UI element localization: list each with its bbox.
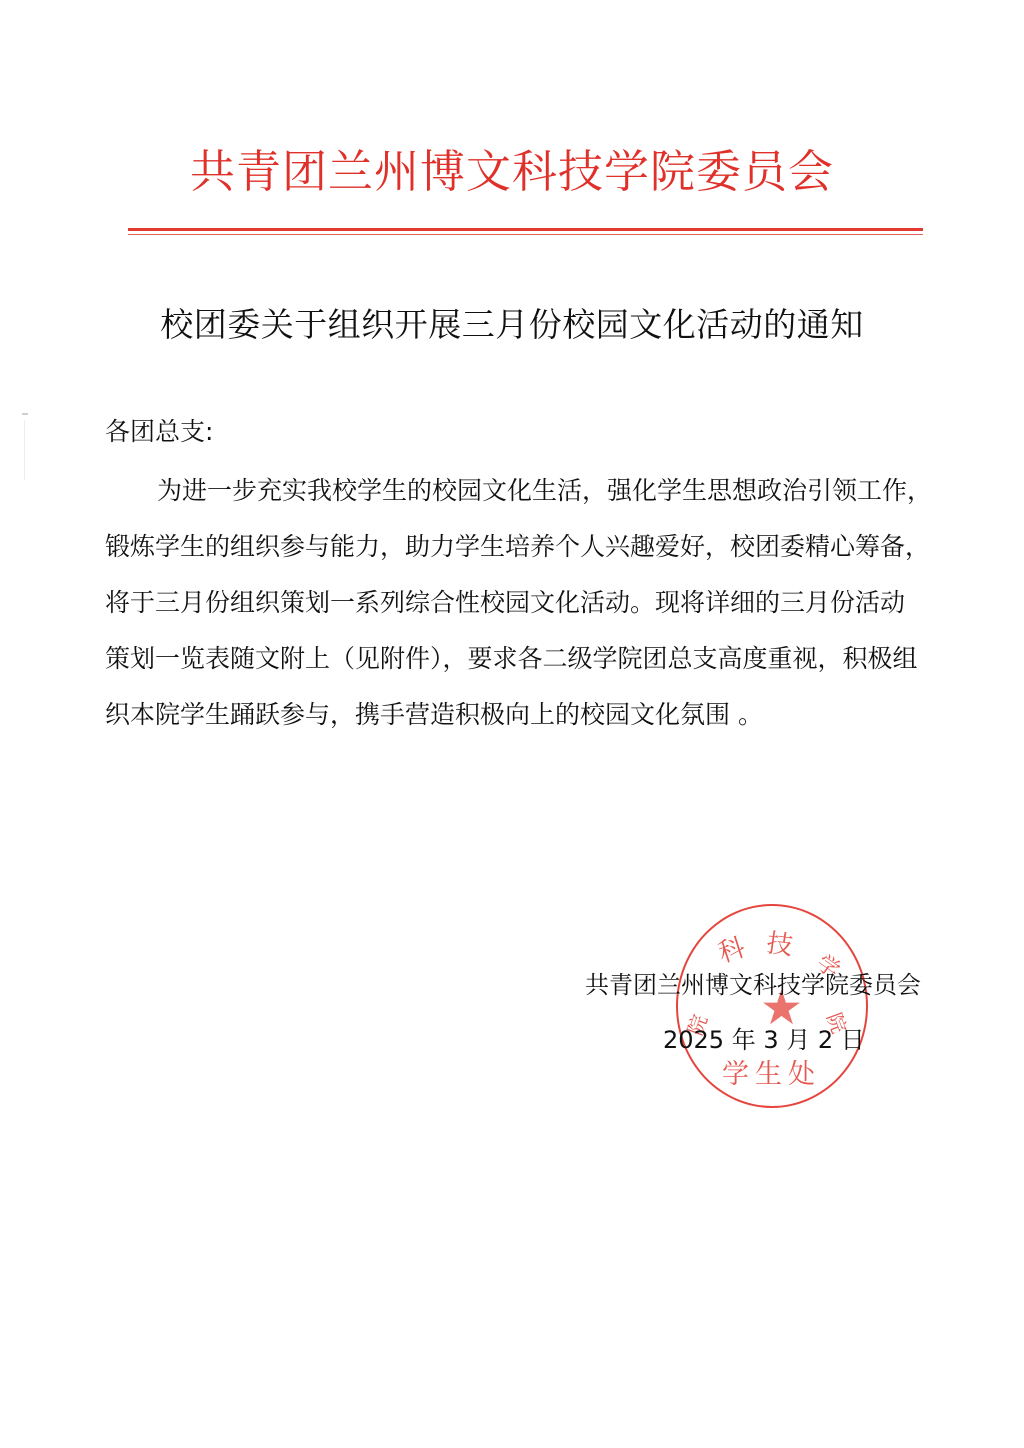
signature-date: 2025 年 3 月 2 日 <box>663 1020 865 1060</box>
body-line: 为进一步充实我校学生的校园文化生活，强化学生思想政治引领工作， <box>105 463 947 519</box>
signature-organization: 共青团兰州博文科技学院委员会 <box>585 965 921 1005</box>
scan-artifact <box>22 413 28 415</box>
document-body: 为进一步充实我校学生的校园文化生活，强化学生思想政治引领工作， 锻炼学生的组织参… <box>105 463 947 743</box>
letterhead-divider <box>128 228 923 231</box>
letterhead-organization: 共青团兰州博文科技学院委员会 <box>0 142 1024 202</box>
body-line: 织本院学生踊跃参与，携手营造积极向上的校园文化氛围 。 <box>105 687 947 743</box>
letterhead-divider-thin <box>128 234 923 235</box>
document-title: 校团委关于组织开展三月份校园文化活动的通知 <box>0 300 1024 350</box>
body-line: 策划一览表随文附上（见附件），要求各二级学院团总支高度重视，积极组 <box>105 631 947 687</box>
body-line: 将于三月份组织策划一系列综合性校园文化活动。现将详细的三月份活动 <box>105 575 947 631</box>
salutation: 各团总支: <box>105 410 213 454</box>
document-page: 共青团兰州博文科技学院委员会 校团委关于组织开展三月份校园文化活动的通知 各团总… <box>0 0 1024 1448</box>
scan-artifact <box>24 420 25 480</box>
body-line: 锻炼学生的组织参与能力，助力学生培养个人兴趣爱好，校团委精心筹备， <box>105 519 947 575</box>
seal-char: 技 <box>765 922 796 962</box>
